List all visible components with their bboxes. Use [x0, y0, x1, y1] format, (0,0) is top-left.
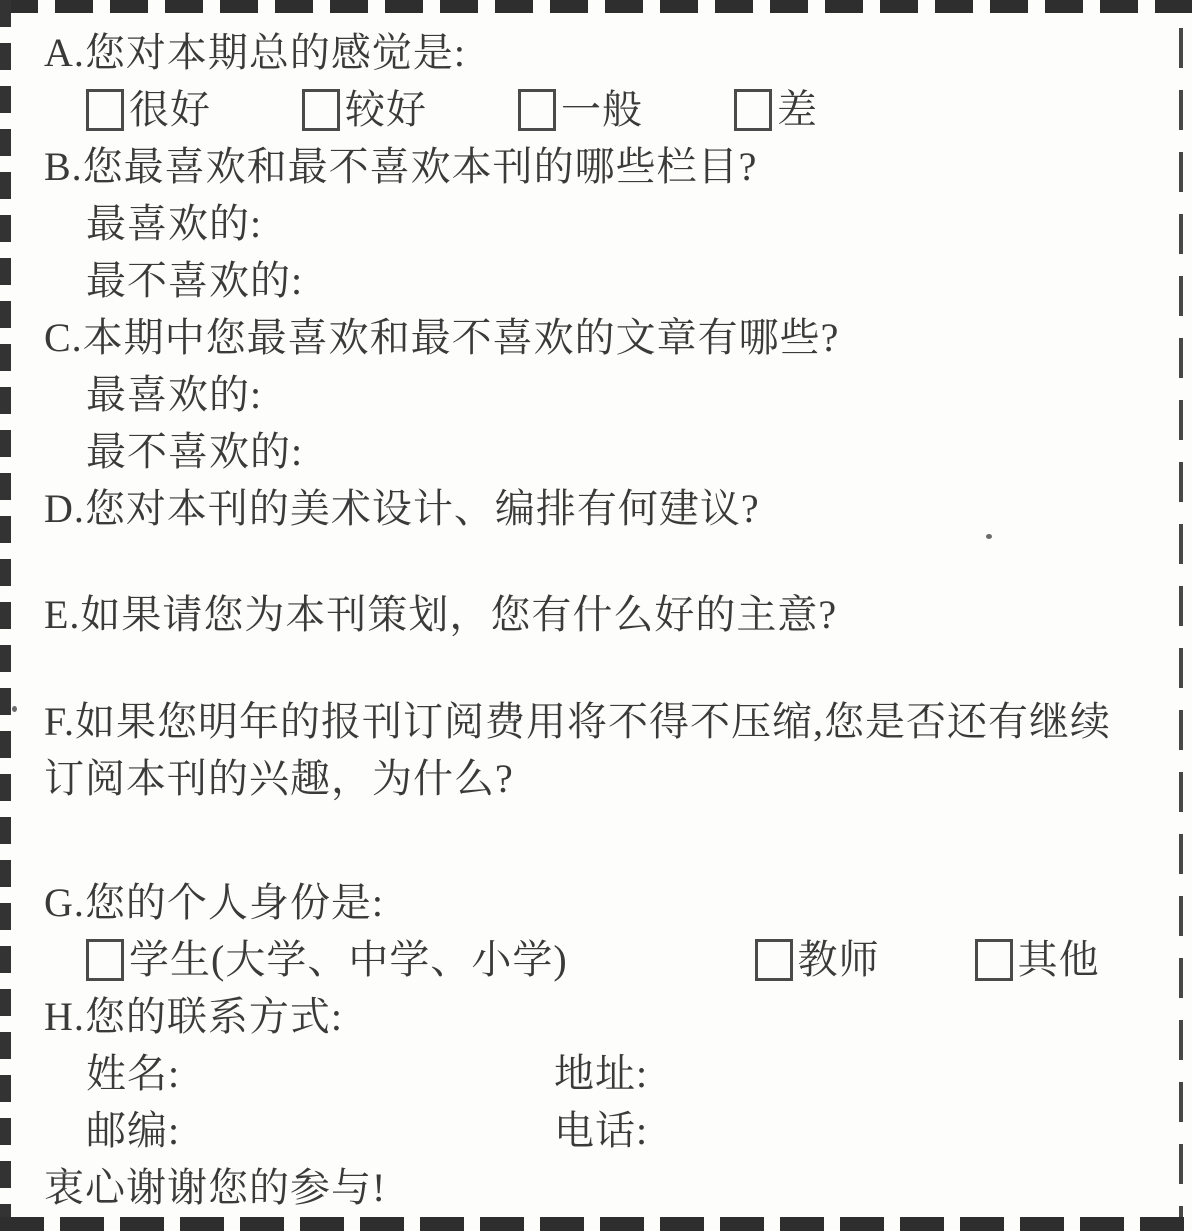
dashed-border-bottom	[0, 1217, 1186, 1231]
address-label: 地址:	[554, 1045, 648, 1102]
option-student[interactable]: 学生(大学、中学、小学)	[86, 931, 568, 988]
option-label: 教师	[798, 931, 880, 988]
option-label: 较好	[345, 81, 427, 138]
contact-row-1: 姓名: 地址:	[44, 1045, 1172, 1102]
blank-answer-space	[44, 537, 1172, 586]
option-label: 差	[777, 81, 818, 138]
question-c-least-favorite-line: 最不喜欢的:	[44, 423, 1172, 480]
question-d-label: D.您对本刊的美术设计、编排有何建议?	[44, 480, 1172, 537]
option-average[interactable]: 一般	[518, 81, 643, 138]
question-h-label: H.您的联系方式:	[44, 988, 1172, 1045]
question-a-options: 很好 较好 一般 差	[44, 81, 1172, 138]
checkbox-icon	[734, 89, 772, 131]
question-b-least-favorite-line: 最不喜欢的:	[44, 252, 1172, 309]
checkbox-icon	[755, 939, 793, 981]
option-label: 很好	[129, 81, 211, 138]
question-f-label-line2: 订阅本刊的兴趣，为什么?	[44, 750, 1172, 807]
postcode-label: 邮编:	[86, 1108, 180, 1153]
option-label: 其他	[1018, 931, 1100, 988]
question-f-label-line1: F.如果您明年的报刊订阅费用将不得不压缩,您是否还有继续	[44, 693, 1172, 750]
option-label: 学生(大学、中学、小学)	[129, 931, 568, 988]
question-c-label: C.本期中您最喜欢和最不喜欢的文章有哪些?	[44, 309, 1172, 366]
option-poor[interactable]: 差	[734, 81, 818, 138]
checkbox-icon	[518, 89, 556, 131]
contact-row-2: 邮编: 电话:	[44, 1102, 1172, 1159]
checkbox-icon	[86, 89, 124, 131]
question-a-label: A.您对本期总的感觉是:	[44, 24, 1172, 81]
name-label: 姓名:	[86, 1051, 180, 1096]
option-very-good[interactable]: 很好	[86, 81, 211, 138]
blank-answer-space	[44, 807, 1172, 874]
question-g-options: 学生(大学、中学、小学) 教师 其他	[44, 931, 1172, 988]
option-label: 一般	[561, 81, 643, 138]
option-other[interactable]: 其他	[975, 931, 1100, 988]
form-content: A.您对本期总的感觉是: 很好 较好 一般 差 B.您最喜欢和最不喜欢本刊的哪些…	[0, 0, 1192, 1216]
question-c-favorite-line: 最喜欢的:	[44, 366, 1172, 423]
blank-answer-space	[44, 643, 1172, 693]
option-teacher[interactable]: 教师	[755, 931, 880, 988]
checkbox-icon	[302, 89, 340, 131]
question-e-label: E.如果请您为本刊策划，您有什么好的主意?	[44, 586, 1172, 643]
question-g-label: G.您的个人身份是:	[44, 874, 1172, 931]
checkbox-icon	[975, 939, 1013, 981]
phone-label: 电话:	[554, 1102, 648, 1159]
checkbox-icon	[86, 939, 124, 981]
questionnaire-card: A.您对本期总的感觉是: 很好 较好 一般 差 B.您最喜欢和最不喜欢本刊的哪些…	[0, 0, 1192, 1231]
option-fairly-good[interactable]: 较好	[302, 81, 427, 138]
question-b-favorite-line: 最喜欢的:	[44, 195, 1172, 252]
question-b-label: B.您最喜欢和最不喜欢本刊的哪些栏目?	[44, 138, 1172, 195]
closing-thanks: 衷心谢谢您的参与!	[44, 1159, 1172, 1216]
